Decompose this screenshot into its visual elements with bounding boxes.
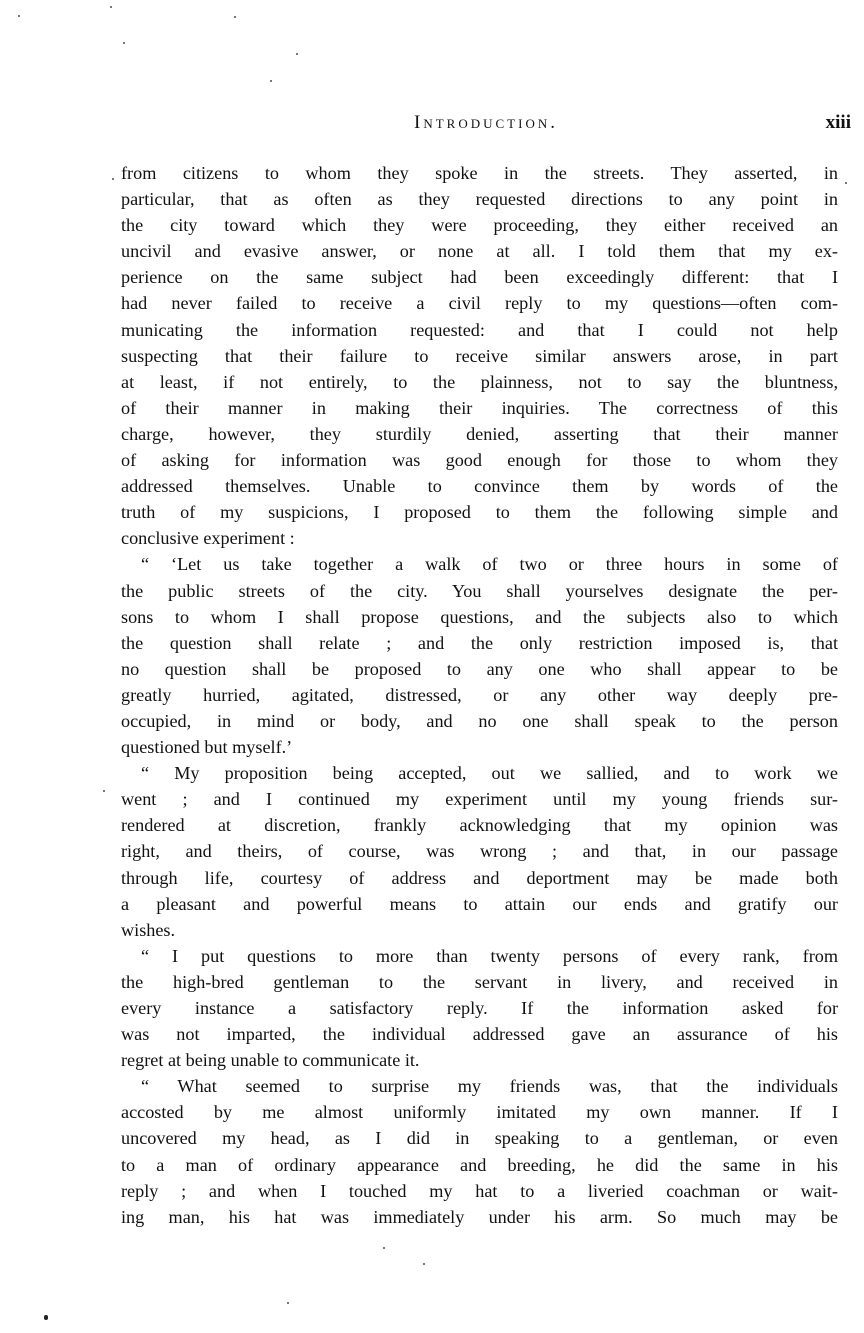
book-page: Introduction. xiii from citizens to whom… <box>0 0 864 1333</box>
scan-speck <box>287 1302 289 1304</box>
page-number: xiii <box>826 112 851 134</box>
text-line: every instance a satisfactory reply. If … <box>121 995 838 1021</box>
text-line: “ ‘Let us take together a walk of two or… <box>121 551 838 577</box>
scan-mark <box>44 1315 48 1320</box>
scan-speck <box>110 6 112 8</box>
scan-speck <box>123 42 125 44</box>
paragraph: “ I put questions to more than twenty pe… <box>121 943 838 1073</box>
text-line: particular, that as often as they reques… <box>121 186 838 212</box>
text-line: conclusive experiment : <box>121 525 838 551</box>
paragraph: “ My proposition being accepted, out we … <box>121 760 838 943</box>
text-line: uncovered my head, as I did in speaking … <box>121 1125 838 1151</box>
paragraph: from citizens to whom they spoke in the … <box>121 160 838 551</box>
scan-speck <box>112 178 114 180</box>
text-line: “ I put questions to more than twenty pe… <box>121 943 838 969</box>
text-line: accosted by me almost uniformly imitated… <box>121 1099 838 1125</box>
text-line: to a man of ordinary appearance and bree… <box>121 1152 838 1178</box>
paragraph: “ ‘Let us take together a walk of two or… <box>121 551 838 760</box>
text-line: of asking for information was good enoug… <box>121 447 838 473</box>
text-line: had never failed to receive a civil repl… <box>121 290 838 316</box>
text-line: charge, however, they sturdily denied, a… <box>121 421 838 447</box>
text-line: was not imparted, the individual address… <box>121 1021 838 1047</box>
scan-speck <box>296 53 298 55</box>
text-line: at least, if not entirely, to the plainn… <box>121 369 838 395</box>
text-line: from citizens to whom they spoke in the … <box>121 160 838 186</box>
text-line: suspecting that their failure to receive… <box>121 343 838 369</box>
text-line: right, and theirs, of course, was wrong … <box>121 838 838 864</box>
text-line: the high-bred gentleman to the servant i… <box>121 969 838 995</box>
text-line: municating the information requested: an… <box>121 317 838 343</box>
text-line: occupied, in mind or body, and no one sh… <box>121 708 838 734</box>
text-line: sons to whom I shall propose questions, … <box>121 604 838 630</box>
text-line: questioned but myself.’ <box>121 734 838 760</box>
text-line: truth of my suspicions, I proposed to th… <box>121 499 838 525</box>
text-line: went ; and I continued my experiment unt… <box>121 786 838 812</box>
text-line: ing man, his hat was immediately under h… <box>121 1204 838 1230</box>
text-line: uncivil and evasive answer, or none at a… <box>121 238 838 264</box>
text-line: of their manner in making their inquirie… <box>121 395 838 421</box>
text-line: “ My proposition being accepted, out we … <box>121 760 838 786</box>
scan-speck <box>18 15 20 17</box>
text-line: addressed themselves. Unable to convince… <box>121 473 838 499</box>
text-line: the question shall relate ; and the only… <box>121 630 838 656</box>
text-line: a pleasant and powerful means to attain … <box>121 891 838 917</box>
text-line: through life, courtesy of address and de… <box>121 865 838 891</box>
text-line: the city toward which they were proceedi… <box>121 212 838 238</box>
scan-speck <box>845 182 847 184</box>
text-line: greatly hurried, agitated, distressed, o… <box>121 682 838 708</box>
scan-speck <box>383 1247 385 1249</box>
text-line: regret at being unable to communicate it… <box>121 1047 838 1073</box>
scan-speck <box>234 16 236 18</box>
text-line: reply ; and when I touched my hat to a l… <box>121 1178 838 1204</box>
text-line: the public streets of the city. You shal… <box>121 578 838 604</box>
running-head: Introduction. xiii <box>121 112 851 140</box>
paragraph: “ What seemed to surprise my friends was… <box>121 1073 838 1230</box>
text-line: no question shall be proposed to any one… <box>121 656 838 682</box>
text-line: perience on the same subject had been ex… <box>121 264 838 290</box>
scan-speck <box>423 1263 425 1265</box>
scan-speck <box>103 790 105 792</box>
text-line: rendered at discretion, frankly acknowle… <box>121 812 838 838</box>
scan-speck <box>270 80 272 82</box>
text-line: “ What seemed to surprise my friends was… <box>121 1073 838 1099</box>
body-text: from citizens to whom they spoke in the … <box>121 160 838 1230</box>
running-title: Introduction. <box>121 112 851 134</box>
text-line: wishes. <box>121 917 838 943</box>
